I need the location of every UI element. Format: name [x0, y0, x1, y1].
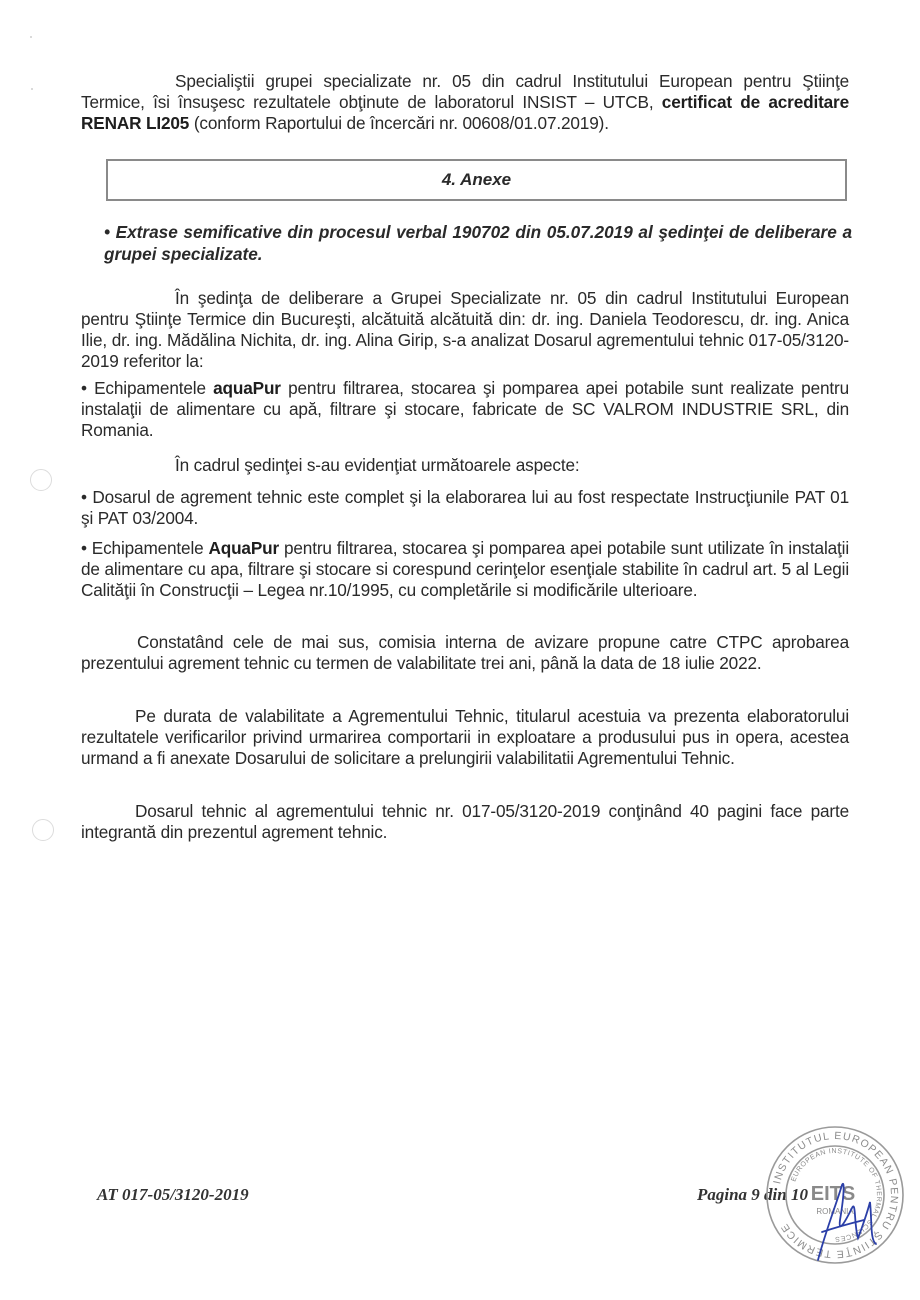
section-header-box: 4. Anexe: [106, 159, 847, 201]
document-code: AT 017-05/3120-2019: [97, 1185, 249, 1205]
validity-paragraph: Pe durata de valabilitate a Agrementului…: [81, 706, 849, 769]
section-title: 4. Anexe: [442, 170, 511, 190]
validity-text: Pe durata de valabilitate a Agrementului…: [81, 706, 849, 768]
document-page: Specialiştii grupei specializate nr. 05 …: [0, 0, 920, 1300]
conclusion-paragraph: Constatând cele de mai sus, comisia inte…: [81, 632, 849, 674]
scan-speck: [31, 88, 33, 90]
product-name: aquaPur: [213, 378, 281, 398]
dossier-paragraph: Dosarul tehnic al agrementului tehnic nr…: [81, 801, 849, 843]
aspect-item-1: • Dosarul de agrement tehnic este comple…: [81, 487, 849, 529]
aspect-2-prefix: • Echipamentele: [81, 538, 208, 558]
punch-hole-mark: [32, 819, 54, 841]
deliberation-text: În şedinţa de deliberare a Grupei Specia…: [81, 288, 849, 371]
institute-stamp-icon: INSTITUTUL EUROPEAN PENTRU ŞTIINŢE TERMI…: [760, 1120, 910, 1270]
scan-speck: [30, 36, 32, 38]
annex-bullet-heading: • Extrase semificative din procesul verb…: [104, 221, 852, 265]
aspects-intro: În cadrul şedinţei s-au evidenţiat următ…: [81, 455, 849, 476]
dossier-text: Dosarul tehnic al agrementului tehnic nr…: [81, 801, 849, 842]
aspect-item-2: • Echipamentele AquaPur pentru filtrarea…: [81, 538, 849, 601]
equipment-prefix: • Echipamentele: [81, 378, 213, 398]
aspects-intro-text: În cadrul şedinţei s-au evidenţiat următ…: [175, 455, 580, 475]
punch-hole-mark: [30, 469, 52, 491]
intro-paragraph: Specialiştii grupei specializate nr. 05 …: [81, 71, 849, 134]
stamp-logo: EITS: [811, 1183, 855, 1205]
conclusion-text: Constatând cele de mai sus, comisia inte…: [81, 632, 849, 673]
equipment-bullet: • Echipamentele aquaPur pentru filtrarea…: [81, 378, 849, 441]
intro-text-end: (conform Raportului de încercări nr. 006…: [189, 113, 609, 133]
product-name: AquaPur: [208, 538, 279, 558]
deliberation-paragraph: În şedinţa de deliberare a Grupei Specia…: [81, 288, 849, 372]
